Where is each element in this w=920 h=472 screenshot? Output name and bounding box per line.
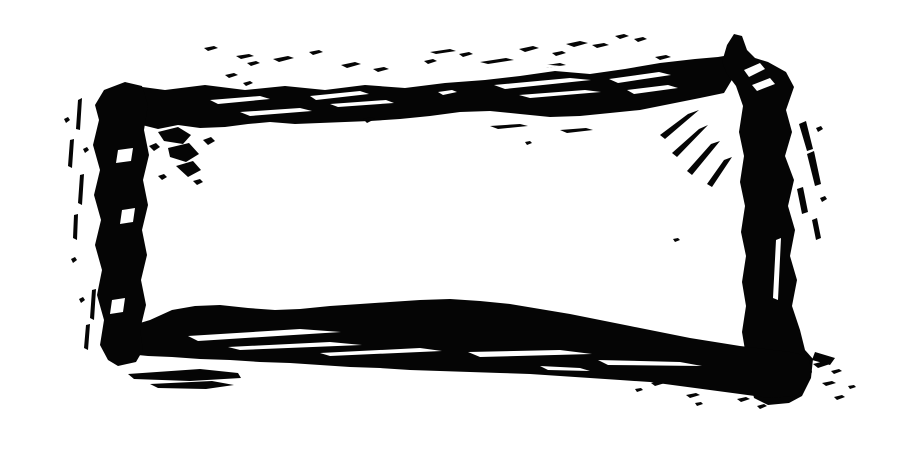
grunge-frame-image: Hand-painted black grunge brush-stroke r… [0,0,920,472]
brush-frame-graphic: Hand-painted black grunge brush-stroke r… [0,0,920,472]
